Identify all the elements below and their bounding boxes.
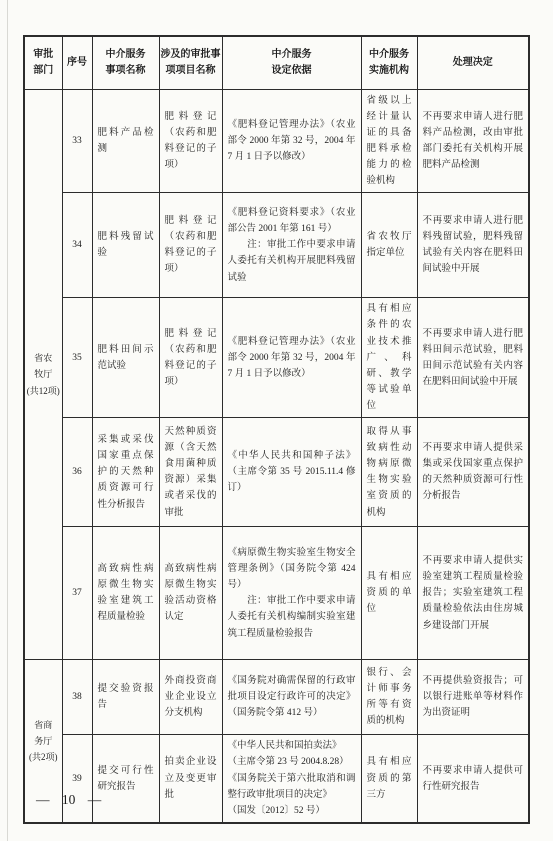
basis-cell: 《肥料登记资料要求》（农业部公告 2001 年第 161 号） 注：审批工作中要… bbox=[222, 193, 361, 298]
agency-cell: 具有相应资质的单位 bbox=[361, 527, 417, 660]
basis-cell: 《国务院对确需保留的行政审批项目设定行政许可的决定》（国务院令第 412 号） bbox=[222, 660, 361, 735]
serial-cell: 34 bbox=[62, 193, 92, 298]
project-cell: 肥料登记（农药和肥料登记的子项） bbox=[159, 89, 222, 193]
page-edge-line bbox=[7, 0, 8, 841]
service-name-cell: 高致病性病原微生物实验室建筑工程质量检验 bbox=[92, 527, 159, 660]
document-page: 审批 部门 序号 中介服务 事项名称 涉及的审批事 项项目名称 中介服务 设定依… bbox=[0, 0, 553, 841]
header-setting-basis: 中介服务 设定依据 bbox=[222, 36, 361, 89]
header-service-name: 中介服务 事项名称 bbox=[92, 36, 159, 89]
basis-cell: 《中华人民共和国种子法》（主席令第 35 号 2015.11.4 修订） bbox=[222, 418, 361, 527]
decision-cell: 不再要求申请人进行肥料产品检测，改由审批部门委托有关机构开展肥料产品检测 bbox=[417, 89, 529, 193]
table-row: 39 提交可行性研究报告 拍卖企业设立及变更审批 《中华人民共和国拍卖法》 （主… bbox=[24, 735, 529, 823]
table-row: 37 高致病性病原微生物实验室建筑工程质量检验 高致病性病原微生物实验活动资格认… bbox=[24, 527, 529, 660]
agency-cell: 取得从事致病性动物病原微生物实验室资质的机构 bbox=[361, 418, 417, 527]
decision-cell: 不再提供验资报告；可以银行进账单等材料作为出资证明 bbox=[417, 660, 529, 735]
serial-cell: 39 bbox=[62, 735, 92, 823]
project-cell: 天然种质资源（含天然食用菌种质资源）采集或者采伐的审批 bbox=[159, 418, 222, 527]
serial-cell: 33 bbox=[62, 89, 92, 193]
header-approval-department: 审批 部门 bbox=[24, 36, 62, 89]
header-related-project: 涉及的审批事 项项目名称 bbox=[159, 36, 222, 89]
project-cell: 外商投资商业企业设立分支机构 bbox=[159, 660, 222, 735]
basis-cell: 《病原微生物实验室生物安全管理条例》（国务院令第 424 号） 注：审批工作中要… bbox=[222, 527, 361, 660]
basis-cell: 《中华人民共和国拍卖法》 （主席令第 23 号 2004.8.28） 《国务院关… bbox=[222, 735, 361, 823]
table-row: 36 采集或采伐国家重点保护的天然种质资源可行性分析报告 天然种质资源（含天然食… bbox=[24, 418, 529, 527]
table-row: 34 肥料残留试验 肥料登记（农药和肥料登记的子项） 《肥料登记资料要求》（农业… bbox=[24, 193, 529, 298]
serial-cell: 36 bbox=[62, 418, 92, 527]
header-serial-number: 序号 bbox=[62, 36, 92, 89]
serial-cell: 35 bbox=[62, 298, 92, 418]
decision-cell: 不再要求申请人进行肥料田间示范试验，肥料田间示范试验有关内容在肥料田间试验中开展 bbox=[417, 298, 529, 418]
serial-cell: 38 bbox=[62, 660, 92, 735]
table-row: 省农 牧厅 (共12项) 33 肥料产品检测 肥料登记（农药和肥料登记的子项） … bbox=[24, 89, 529, 193]
project-cell: 肥料登记（农药和肥料登记的子项） bbox=[159, 193, 222, 298]
serial-cell: 37 bbox=[62, 527, 92, 660]
agency-cell: 银行、会计师事务所等有资质的机构 bbox=[361, 660, 417, 735]
basis-cell: 《肥料登记管理办法》（农业部令 2000 年第 32 号，2004 年 7 月 … bbox=[222, 89, 361, 193]
header-decision: 处理决定 bbox=[417, 36, 529, 89]
agency-cell: 省农牧厅指定单位 bbox=[361, 193, 417, 298]
service-name-cell: 肥料产品检测 bbox=[92, 89, 159, 193]
agency-cell: 具有相应资质的第三方 bbox=[361, 735, 417, 823]
service-name-cell: 采集或采伐国家重点保护的天然种质资源可行性分析报告 bbox=[92, 418, 159, 527]
service-name-cell: 提交验资报告 bbox=[92, 660, 159, 735]
agency-cell: 省级以上经计量认证的具备肥料承检能力的检验机构 bbox=[361, 89, 417, 193]
header-implementing-agency: 中介服务 实施机构 bbox=[361, 36, 417, 89]
department-cell: 省农 牧厅 (共12项) bbox=[24, 89, 62, 660]
table-row: 省商 务厅 (共2项) 38 提交验资报告 外商投资商业企业设立分支机构 《国务… bbox=[24, 660, 529, 735]
project-cell: 拍卖企业设立及变更审批 bbox=[159, 735, 222, 823]
approval-intermediary-services-table: 审批 部门 序号 中介服务 事项名称 涉及的审批事 项项目名称 中介服务 设定依… bbox=[23, 35, 530, 824]
service-name-cell: 提交可行性研究报告 bbox=[92, 735, 159, 823]
decision-cell: 不再要求申请人提供可行性研究报告 bbox=[417, 735, 529, 823]
decision-cell: 不再要求申请人提供采集或采伐国家重点保护的天然种质资源可行性分析报告 bbox=[417, 418, 529, 527]
page-number: — 10 — bbox=[36, 792, 101, 808]
agency-cell: 具有相应条件的农业技术推广、科研、教学等试验单位 bbox=[361, 298, 417, 418]
table-header-row: 审批 部门 序号 中介服务 事项名称 涉及的审批事 项项目名称 中介服务 设定依… bbox=[24, 36, 529, 89]
basis-cell: 《肥料登记管理办法》（农业部令 2000 年第 32 号，2004 年 7 月 … bbox=[222, 298, 361, 418]
project-cell: 肥料登记（农药和肥料登记的子项） bbox=[159, 298, 222, 418]
service-name-cell: 肥料田间示范试验 bbox=[92, 298, 159, 418]
project-cell: 高致病性病原微生物实验活动资格认定 bbox=[159, 527, 222, 660]
service-name-cell: 肥料残留试验 bbox=[92, 193, 159, 298]
decision-cell: 不再要求申请人提供实验室建筑工程质量检验报告；实验室建筑工程质量检验依法由住房城… bbox=[417, 527, 529, 660]
decision-cell: 不再要求申请人进行肥料残留试验，肥料残留试验有关内容在肥料田间试验中开展 bbox=[417, 193, 529, 298]
table-row: 35 肥料田间示范试验 肥料登记（农药和肥料登记的子项） 《肥料登记管理办法》（… bbox=[24, 298, 529, 418]
